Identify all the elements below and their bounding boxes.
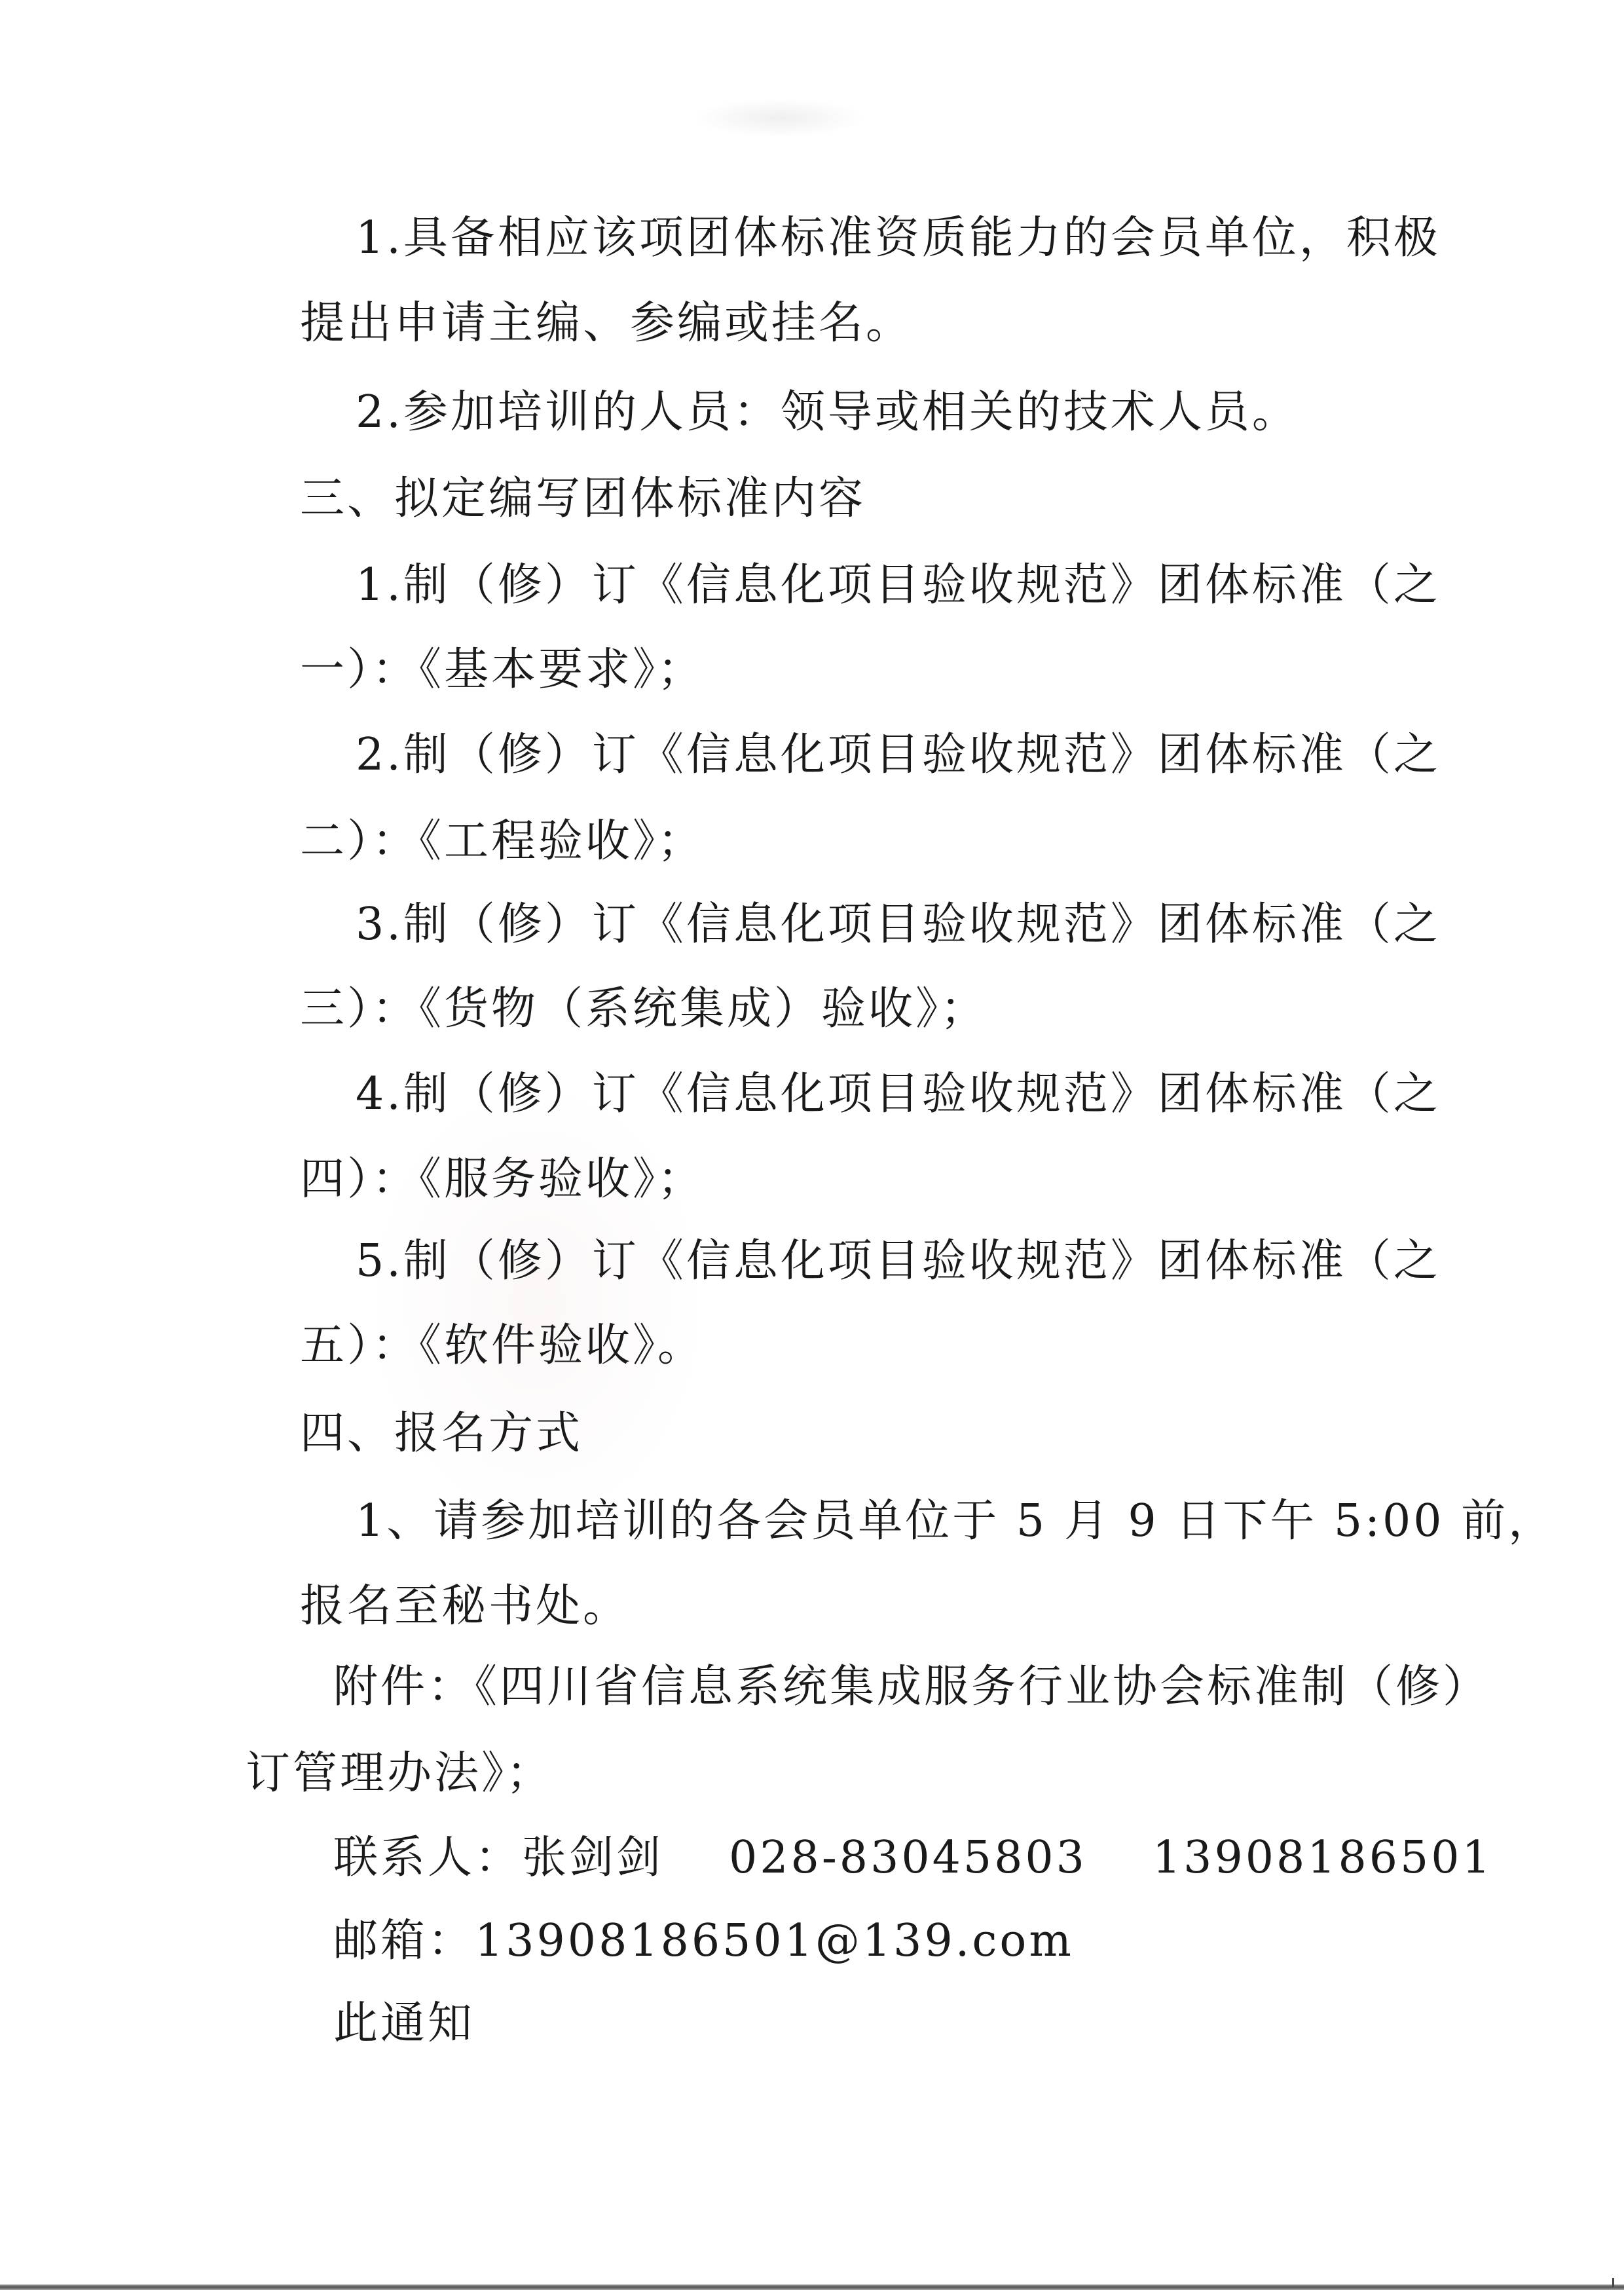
email-label: 邮箱： xyxy=(333,1915,475,1967)
item-3-5-line2: 五）：《软件验收》。 xyxy=(300,1320,705,1372)
item-3-1-line2: 一）：《基本要求》； xyxy=(300,644,705,696)
attachment-line1: 附件：《四川省信息系统集成服务行业协会标准制（修） xyxy=(333,1661,1377,1713)
page-corner-mark xyxy=(1612,2278,1614,2287)
contact-mobile: 13908186501 xyxy=(1153,1832,1493,1884)
item-3-3-line1: 3.制（修）订《信息化项目验收规范》团体标准（之 xyxy=(356,899,1377,951)
item-2-1-line2: 提出申请主编、参编或挂名。 xyxy=(300,297,913,350)
item-3-4-line1: 4.制（修）订《信息化项目验收规范》团体标准（之 xyxy=(356,1068,1377,1121)
attachment-line2: 订管理办法》； xyxy=(246,1747,553,1800)
item-3-2-line2: 二）：《工程验收》； xyxy=(300,815,705,868)
item-2-2: 2.参加培训的人员：领导或相关的技术人员。 xyxy=(356,386,1299,439)
item-3-4-line2: 四）：《服务验收》； xyxy=(300,1153,705,1206)
faded-stamp-mark xyxy=(694,98,864,138)
registration-line2: 报名至秘书处。 xyxy=(300,1580,630,1633)
contact-phone: 028-83045803 xyxy=(729,1832,1087,1884)
contact-name: 张剑剑 xyxy=(522,1832,663,1884)
section-three-heading: 三、拟定编写团体标准内容 xyxy=(300,473,866,525)
contact-line: 联系人：张剑剑028-8304580313908186501 xyxy=(333,1832,1493,1884)
item-3-2-line1: 2.制（修）订《信息化项目验收规范》团体标准（之 xyxy=(356,729,1377,781)
registration-line1: 1、请参加培训的各会员单位于 5 月 9 日下午 5:00 前， xyxy=(356,1495,1377,1548)
page-bottom-edge xyxy=(0,2285,1624,2290)
email-line: 邮箱：13908186501@139.com xyxy=(333,1915,1074,1968)
item-3-5-line1: 5.制（修）订《信息化项目验收规范》团体标准（之 xyxy=(356,1235,1377,1288)
email-value: 13908186501@139.com xyxy=(475,1915,1074,1967)
item-3-3-line2: 三）：《货物（系统集成）验收》； xyxy=(300,983,987,1036)
closing-text: 此通知 xyxy=(333,1998,475,2050)
contact-label: 联系人： xyxy=(333,1832,522,1884)
section-four-heading: 四、报名方式 xyxy=(300,1408,583,1460)
item-3-1-line1: 1.制（修）订《信息化项目验收规范》团体标准（之 xyxy=(356,559,1377,612)
item-2-1-line1: 1.具备相应该项团体标准资质能力的会员单位，积极 xyxy=(356,212,1377,265)
